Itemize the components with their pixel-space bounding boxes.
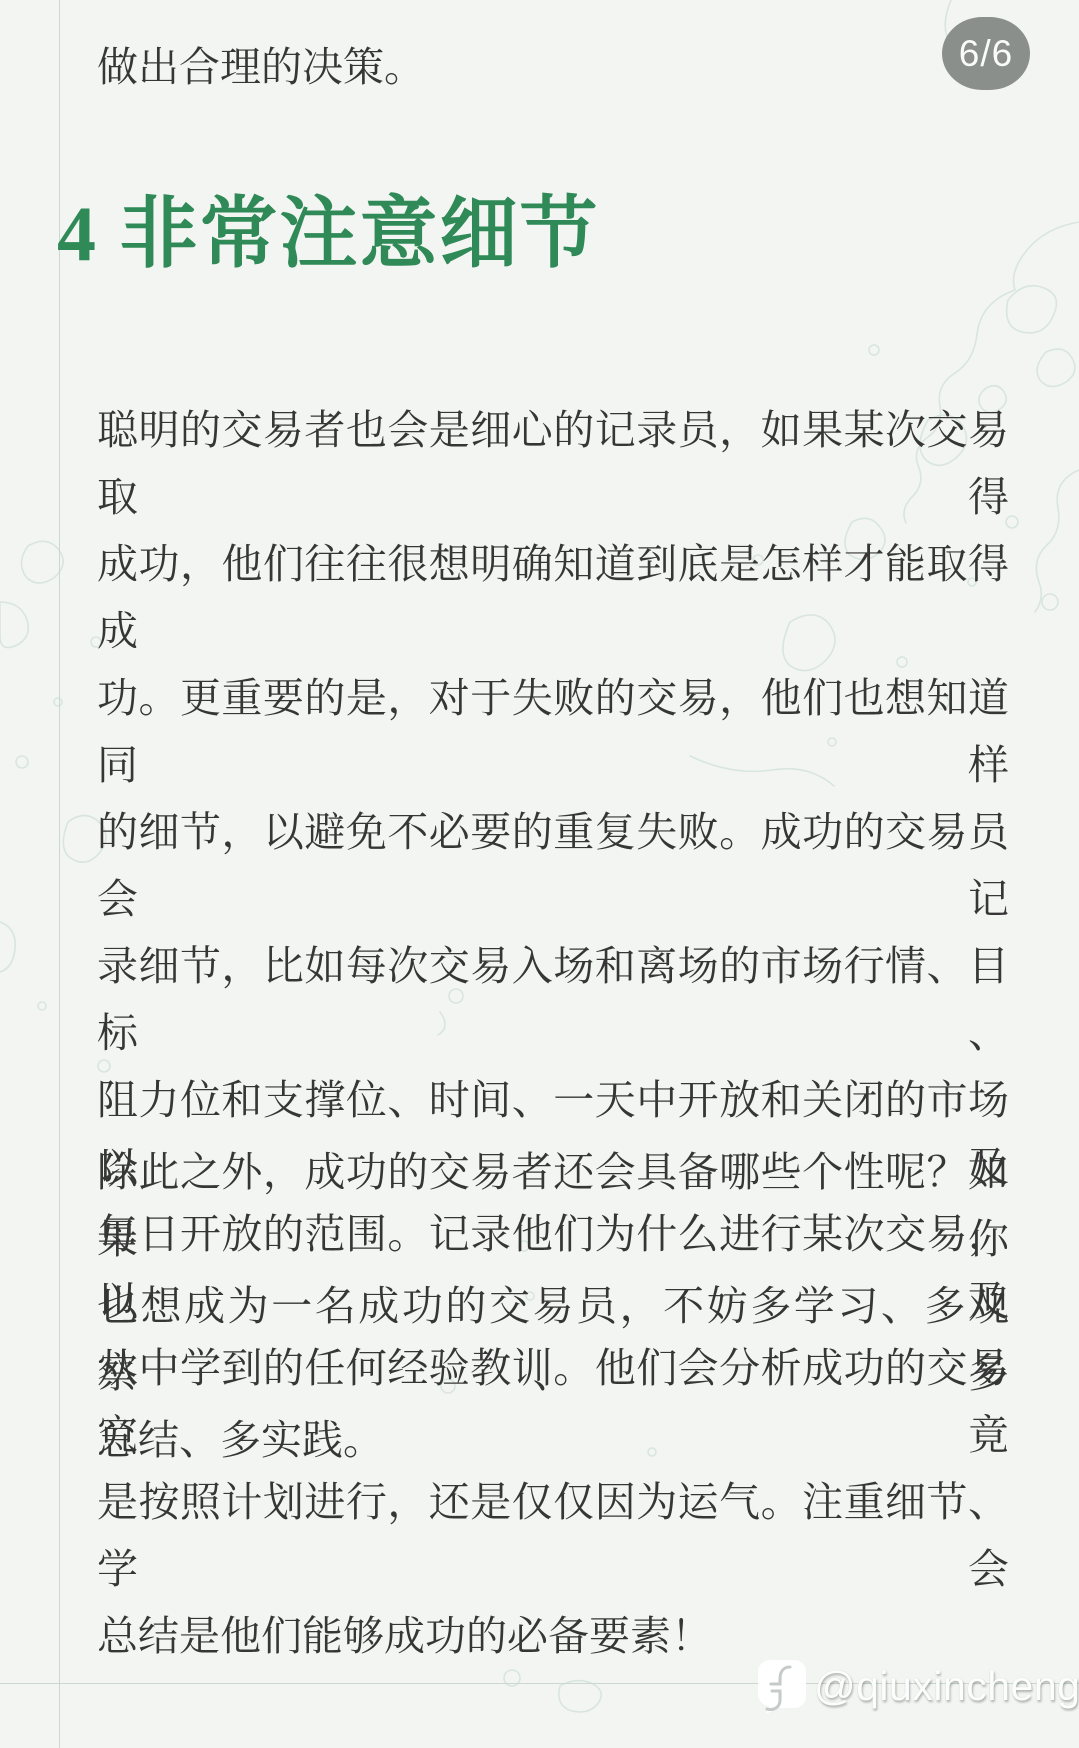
body-text-line: 的细节，以避免不必要的重复失败。成功的交易员会记 bbox=[97, 799, 1009, 933]
body-text-line: 除此之外，成功的交易者还会具备哪些个性呢？如果你 bbox=[97, 1139, 1009, 1273]
page-number-text: 6/6 bbox=[959, 33, 1013, 75]
section-heading: 4 非常注意细节 bbox=[57, 178, 600, 290]
page-number-badge: 6/6 bbox=[942, 17, 1030, 90]
watermark-handle: @qiuxincheng! bbox=[814, 1663, 1079, 1710]
chat-bubble-f-logo-icon bbox=[756, 1658, 808, 1714]
body-text-line: 录细节，比如每次交易入场和离场的市场行情、目标、 bbox=[97, 933, 1009, 1067]
article-page: 做出合理的决策。 6/6 4 非常注意细节 聪明的交易者也会是细心的记录员，如果… bbox=[0, 0, 1079, 1748]
paragraph-1: 聪明的交易者也会是细心的记录员，如果某次交易取得成功，他们往往很想明确知道到底是… bbox=[97, 397, 1009, 1670]
paragraph-2: 除此之外，成功的交易者还会具备哪些个性呢？如果你也想成为一名成功的交易员，不妨多… bbox=[97, 1139, 1009, 1474]
watermark: @qiuxincheng! bbox=[756, 1655, 1079, 1717]
body-text-line: 功。更重要的是，对于失败的交易，他们也想知道同样 bbox=[97, 665, 1009, 799]
body-text-line: 聪明的交易者也会是细心的记录员，如果某次交易取得 bbox=[97, 397, 1009, 531]
body-text-line: 成功，他们往往很想明确知道到底是怎样才能取得成 bbox=[97, 531, 1009, 665]
body-text-line: 是按照计划进行，还是仅仅因为运气。注重细节、学会 bbox=[97, 1469, 1009, 1603]
body-text-line: 总结、多实践。 bbox=[97, 1407, 1009, 1474]
carryover-sentence: 做出合理的决策。 bbox=[97, 34, 1009, 101]
body-text-line: 也想成为一名成功的交易员，不妨多学习、多观察、多 bbox=[97, 1273, 1009, 1407]
